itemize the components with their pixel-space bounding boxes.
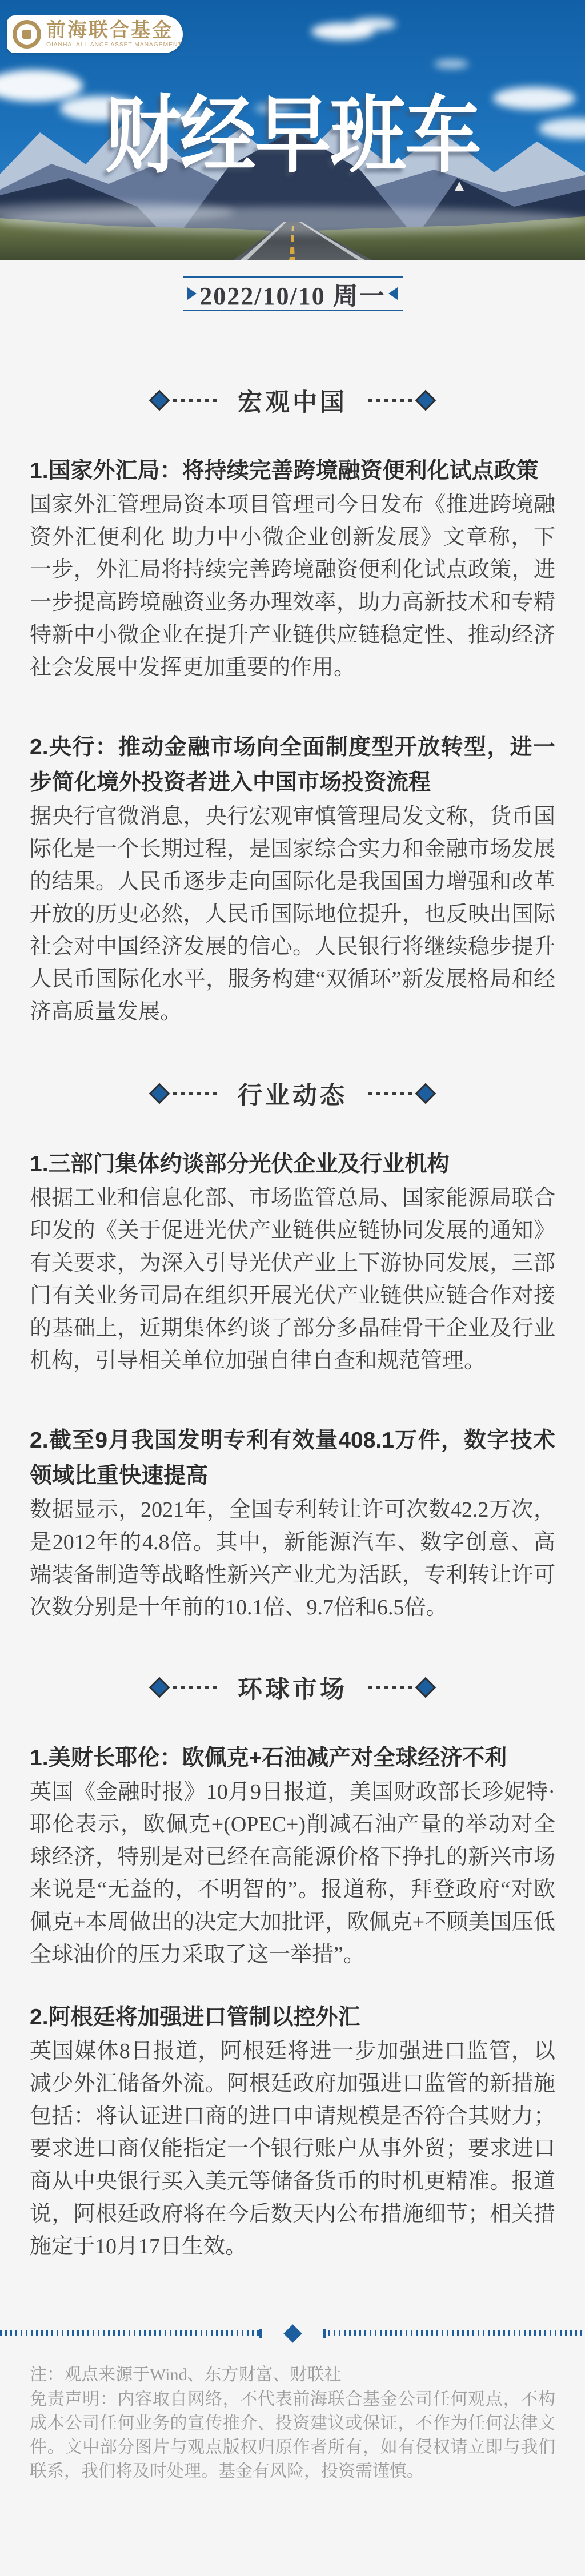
diamond-icon [415, 1677, 436, 1698]
news-headline: 2.阿根廷将加强进口管制以控外汇 [30, 2000, 555, 2035]
diamond-icon [149, 390, 170, 411]
news-body: 数据显示，2021年，全国专利转让许可次数42.2万次，是2012年的4.8倍。… [30, 1494, 555, 1624]
right-pointing-triangle-icon [187, 287, 197, 300]
dotted-line [0, 2330, 262, 2336]
section-title: 宏观中国 [238, 383, 347, 418]
line-end-tick [259, 2329, 262, 2338]
brand-name: 前海联合基金 [46, 21, 182, 41]
dash-line [173, 399, 217, 402]
diamond-icon [149, 1083, 170, 1104]
date-text: 2022/10/10 周一 [199, 275, 385, 312]
section-header-macro-china: 宏观中国 [30, 383, 555, 418]
news-body: 国家外汇管理局资本项目管理司今日发布《推进跨境融资外汇便利化 助力中小微企业创新… [30, 489, 555, 684]
news-headline: 2.央行：推动金融市场向全面制度型开放转型，进一步简化境外投资者进入中国市场投资… [30, 730, 555, 801]
news-headline: 1.国家外汇局：将持续完善跨境融资便利化试点政策 [30, 453, 555, 489]
dash-line [173, 1686, 217, 1689]
source-note: 注：观点来源于Wind、东方财富、财联社 [30, 2362, 555, 2388]
dash-line [368, 399, 412, 402]
date-bar: 2022/10/10 周一 [183, 276, 403, 311]
news-body: 根据工业和信息化部、市场监管总局、国家能源局联合印发的《关于促进光伏产业链供应链… [30, 1182, 555, 1377]
section-header-global-markets: 环球市场 [30, 1670, 555, 1705]
brand-badge: 前海联合基金 QIANHAI ALLIANCE ASSET MANAGEMENT [7, 15, 183, 53]
news-headline: 1.美财长耶伦：欧佩克+石油减产对全球经济不利 [30, 1741, 555, 1776]
dash-line [173, 1092, 217, 1095]
page-title: 财经早班车 [29, 90, 556, 182]
disclaimer-text: 免责声明：内容取自网络，不代表前海联合基金公司任何观点，不构成本公司任何业务的宣… [30, 2388, 555, 2483]
news-headline: 1.三部门集体约谈部分光伏企业及行业机构 [30, 1147, 555, 1182]
dotted-line [323, 2330, 585, 2336]
section-header-industry: 行业动态 [30, 1076, 555, 1111]
diamond-icon [283, 2324, 302, 2343]
article-content: 宏观中国 1.国家外汇局：将持续完善跨境融资便利化试点政策 国家外汇管理局资本项… [0, 383, 585, 2483]
diamond-icon [149, 1677, 170, 1698]
news-body: 据央行官微消息，央行宏观审慎管理局发文称，货币国际化是一个长期过程，是国家综合实… [30, 801, 555, 1028]
news-headline: 2.截至9月我国发明专利有效量408.1万件，数字技术领域比重快速提高 [30, 1423, 555, 1494]
news-body: 英国媒体8日报道，阿根廷将进一步加强进口监管，以减少外汇储备外流。阿根廷政府加强… [30, 2035, 555, 2263]
hero-banner: 财经早班车 前海联合基金 QIANHAI ALLIANCE ASSET MANA… [0, 0, 585, 260]
news-body: 英国《金融时报》10月9日报道，美国财政部长珍妮特·耶伦表示，欧佩克+(OPEC… [30, 1776, 555, 1971]
brand-subtitle: QIANHAI ALLIANCE ASSET MANAGEMENT [46, 41, 182, 49]
section-title: 环球市场 [238, 1670, 347, 1705]
diamond-icon [415, 1083, 436, 1104]
diamond-icon [415, 390, 436, 411]
coin-logo-icon [13, 20, 41, 49]
dash-line [368, 1686, 412, 1689]
footer-divider [0, 2324, 585, 2343]
section-title: 行业动态 [238, 1076, 347, 1111]
left-pointing-triangle-icon [388, 287, 398, 300]
dash-line [368, 1092, 412, 1095]
